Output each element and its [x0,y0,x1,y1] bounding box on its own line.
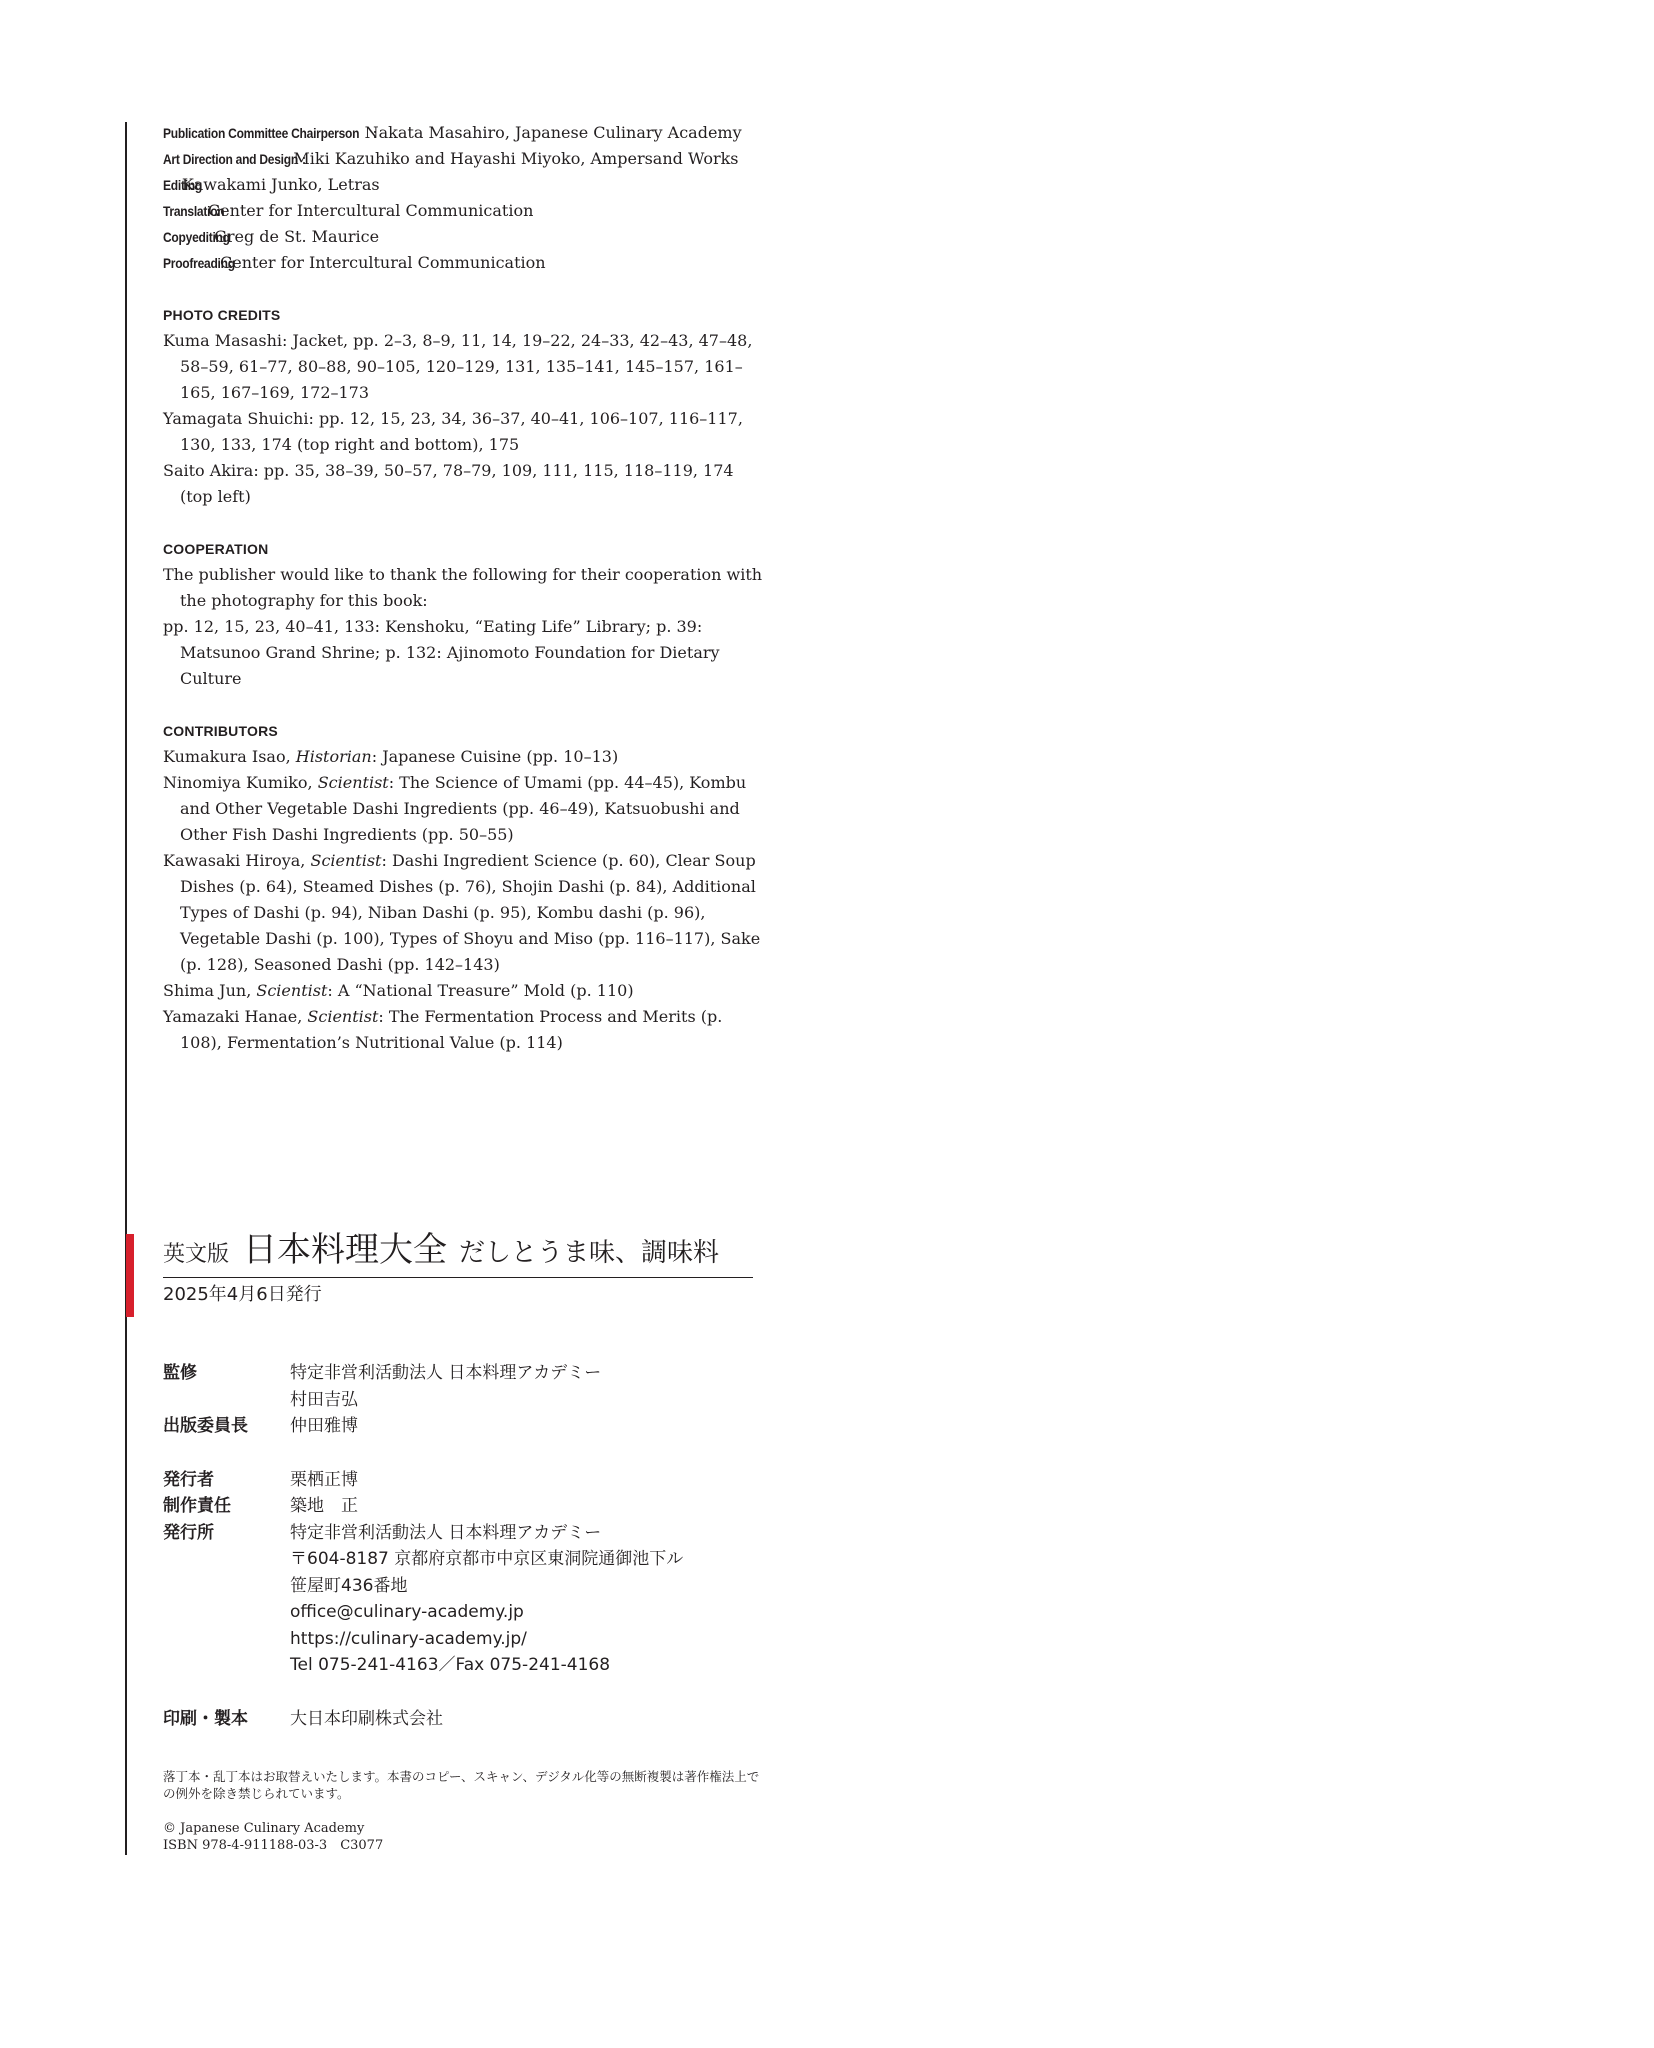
staff-label: Art Direction and Design [163,146,298,172]
contributor-role: Scientist [307,1007,378,1026]
copyright-notice: 落丁本・乱丁本はお取替えいたします。本書のコピー、スキャン、デジタル化等の無断複… [163,1768,763,1802]
accent-bar [126,1234,134,1317]
credit-entry: Kuma Masashi: Jacket, pp. 2–3, 8–9, 11, … [163,328,763,406]
cooperation-section: COOPERATION The publisher would like to … [163,536,763,692]
credit-entry: Saito Akira: pp. 35, 38–39, 50–57, 78–79… [163,458,763,510]
address-line: 笹屋町436番地 [290,1573,407,1600]
contributor-entry: Yamazaki Hanae, Scientist: The Fermentat… [163,1004,763,1056]
colophon-label: 制作責任 [163,1493,290,1520]
book-title: 日本料理大全 [243,1230,447,1270]
label-spacer [163,1546,290,1573]
edition-label: 英文版 [163,1242,229,1267]
colophon-row: 〒604-8187 京都府京都市中京区東洞院通御池下ル [163,1546,683,1573]
spacer [163,1440,683,1467]
staff-label: Copyediting [163,224,230,250]
colophon-row: 笹屋町436番地 [163,1573,683,1600]
contributors-section: CONTRIBUTORS Kumakura Isao, Historian: J… [163,718,763,1056]
staff-value: Miki Kazuhiko and Hayashi Miyoko, Ampers… [293,149,738,168]
colophon-row: 発行者 栗栖正博 [163,1467,683,1494]
staff-value: Kawakami Junko, Letras [182,175,380,194]
colon: : [223,224,227,250]
contributor-role: Scientist [318,773,389,792]
colophon-label: 発行者 [163,1467,290,1494]
section-heading: COOPERATION [163,536,763,562]
website-link[interactable]: https://culinary-academy.jp/ [290,1626,527,1653]
contributor-name: Kumakura Isao, [163,747,296,766]
section-heading: PHOTO CREDITS [163,302,763,328]
spacer [163,1679,683,1706]
colophon-label: 印刷・製本 [163,1706,290,1733]
contributor-entry: Shima Jun, Scientist: A “National Treasu… [163,978,763,1004]
copyright-block: © Japanese Culinary Academy ISBN 978-4-9… [163,1820,383,1854]
staff-label: Proofreading [163,250,235,276]
staff-line: Art Direction and Design: Miki Kazuhiko … [163,146,763,172]
colophon-row: 出版委員長 仲田雅博 [163,1413,683,1440]
label-spacer [163,1573,290,1600]
email-link[interactable]: office@culinary-academy.jp [290,1599,524,1626]
staff-label: Publication Committee Chairperson [163,120,359,146]
credits-column: Publication Committee Chairperson: Nakat… [163,120,763,1056]
japanese-title: 英文版日本料理大全だしとうま味、調味料 [163,1222,753,1278]
contributor-role: Scientist [256,981,327,1000]
address-line: 〒604-8187 京都府京都市中京区東洞院通御池下ル [290,1546,683,1573]
section-heading: CONTRIBUTORS [163,718,763,744]
contributor-role: Historian [296,747,372,766]
colon: : [302,146,306,172]
staff-value: Center for Intercultural Communication [220,253,546,272]
label-spacer [163,1652,290,1679]
colon: : [229,250,233,276]
staff-line: Copyediting: Greg de St. Maurice [163,224,763,250]
colophon: 監修 特定非営利活動法人 日本料理アカデミー 村田吉弘 出版委員長 仲田雅博 発… [163,1360,683,1732]
staff-line: Editing: Kawakami Junko, Letras [163,172,763,198]
colophon-row: 印刷・製本 大日本印刷株式会社 [163,1706,683,1733]
staff-line: Proofreading: Center for Intercultural C… [163,250,763,276]
contributor-works: : A “National Treasure” Mold (p. 110) [327,981,633,1000]
contributor-entry: Ninomiya Kumiko, Scientist: The Science … [163,770,763,848]
contributor-entry: Kumakura Isao, Historian: Japanese Cuisi… [163,744,763,770]
staff-label: Editing [163,172,202,198]
credit-entry: Yamagata Shuichi: pp. 12, 15, 23, 34, 36… [163,406,763,458]
contributor-name: Yamazaki Hanae, [163,1007,307,1026]
isbn-line: ISBN 978-4-911188-03-3 C3077 [163,1837,383,1854]
colophon-label: 出版委員長 [163,1413,290,1440]
contributor-name: Ninomiya Kumiko, [163,773,318,792]
label-spacer [163,1626,290,1653]
photo-credits-section: PHOTO CREDITS Kuma Masashi: Jacket, pp. … [163,302,763,510]
colophon-value: 特定非営利活動法人 日本料理アカデミー [290,1360,601,1387]
contributor-works: : Japanese Cuisine (pp. 10–13) [372,747,618,766]
colon: : [190,172,194,198]
copyright-line: © Japanese Culinary Academy [163,1820,383,1837]
label-spacer [163,1599,290,1626]
colophon-value: 栗栖正博 [290,1467,358,1494]
staff-list: Publication Committee Chairperson: Nakat… [163,120,763,276]
cooperation-entry: The publisher would like to thank the fo… [163,562,763,614]
colophon-label: 監修 [163,1360,290,1387]
staff-value: Nakata Masahiro, Japanese Culinary Acade… [365,123,742,142]
publication-date: 2025年4月6日発行 [163,1280,322,1306]
contributor-role: Scientist [310,851,381,870]
colophon-value: 仲田雅博 [290,1413,358,1440]
colophon-value: 特定非営利活動法人 日本料理アカデミー [290,1520,601,1547]
colon: : [373,120,377,146]
colophon-row: Tel 075-241-4163／Fax 075-241-4168 [163,1652,683,1679]
colophon-row: 監修 特定非営利活動法人 日本料理アカデミー [163,1360,683,1387]
colon: : [216,198,220,224]
contributor-entry: Kawasaki Hiroya, Scientist: Dashi Ingred… [163,848,763,978]
colophon-row: https://culinary-academy.jp/ [163,1626,683,1653]
colophon-row: office@culinary-academy.jp [163,1599,683,1626]
staff-line: Publication Committee Chairperson: Nakat… [163,120,763,146]
book-subtitle: だしとうま味、調味料 [459,1238,719,1268]
colophon-value: 村田吉弘 [290,1387,358,1414]
contributor-name: Shima Jun, [163,981,256,1000]
colophon-value: 築地 正 [290,1493,358,1520]
staff-value: Greg de St. Maurice [214,227,379,246]
colophon-value: 大日本印刷株式会社 [290,1706,443,1733]
phone-fax: Tel 075-241-4163／Fax 075-241-4168 [290,1652,610,1679]
colophon-row: 村田吉弘 [163,1387,683,1414]
staff-value: Center for Intercultural Communication [208,201,534,220]
cooperation-entry: pp. 12, 15, 23, 40–41, 133: Kenshoku, “E… [163,614,763,692]
staff-line: Translation: Center for Intercultural Co… [163,198,763,224]
margin-rule [125,122,127,1855]
contributor-name: Kawasaki Hiroya, [163,851,310,870]
label-spacer [163,1387,290,1414]
colophon-row: 発行所 特定非営利活動法人 日本料理アカデミー [163,1520,683,1547]
colophon-row: 制作責任 築地 正 [163,1493,683,1520]
colophon-label: 発行所 [163,1520,290,1547]
